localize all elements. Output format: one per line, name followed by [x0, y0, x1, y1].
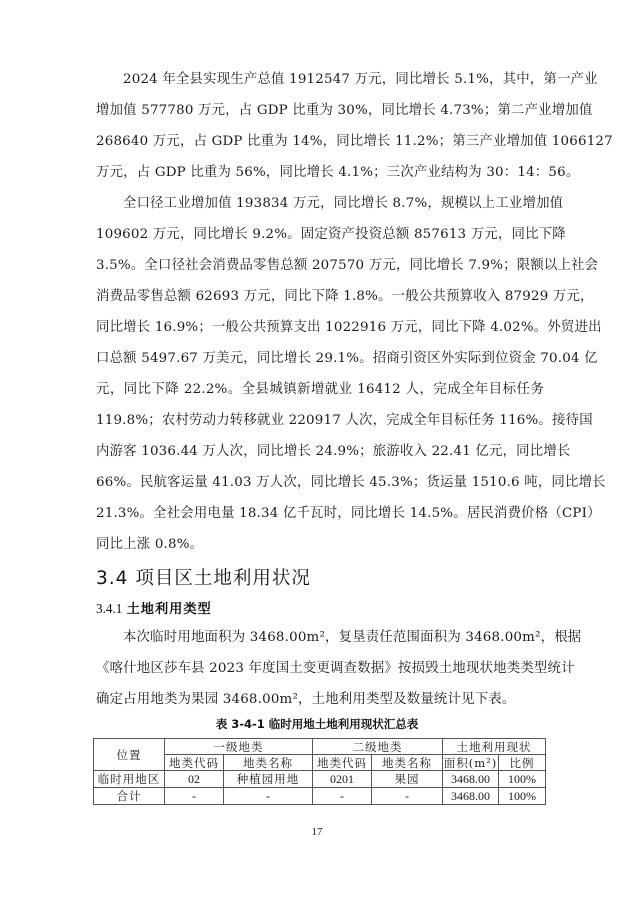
cell-area: 3468.00: [443, 771, 499, 788]
header-status: 土地利用现状: [443, 739, 546, 755]
page-number: 17: [0, 826, 634, 838]
subsection-number: 3.4.1: [96, 601, 122, 616]
header-level2: 二级地类: [313, 739, 443, 755]
section-title: 项目区土地利用状况: [135, 568, 311, 589]
cell-ratio: 100%: [499, 771, 546, 788]
header-area: 面积(m²): [443, 755, 499, 771]
text-line: 消费品零售总额 62693 万元，同比下降 1.8%。一般公共预算收入 8792…: [96, 281, 544, 312]
text-line: 66%。民航客运量 41.03 万人次，同比增长 45.3%；货运量 1510.…: [96, 467, 544, 498]
cell-level1-code: 02: [165, 771, 224, 788]
table-header-row: 位置 一级地类 二级地类 土地利用现状: [94, 739, 546, 755]
text-line: 21.3%。全社会用电量 18.34 亿千瓦时，同比增长 14.5%。居民消费价…: [96, 498, 544, 529]
text-line: 同比增长 16.9%；一般公共预算支出 1022916 万元，同比下降 4.02…: [96, 312, 544, 343]
text-line: 268640 万元，占 GDP 比重为 14%，同比增长 11.2%；第三产业增…: [96, 126, 544, 157]
header-level2-name: 地类名称: [372, 755, 443, 771]
text-line: 119.8%；农村劳动力转移就业 220917 人次，完成全年目标任务 116%…: [96, 405, 544, 436]
cell-level1-code: -: [165, 788, 224, 805]
cell-level1-name: -: [224, 788, 313, 805]
text-line: 增加值 577780 万元，占 GDP 比重为 30%，同比增长 4.73%；第…: [96, 95, 544, 126]
cell-location: 临时用地区: [94, 771, 165, 788]
table-caption: 表 3-4-1 临时用地土地利用现状汇总表: [0, 716, 634, 732]
paragraph-gdp: 2024 年全县实现生产总值 1912547 万元，同比增长 5.1%，其中，第…: [96, 64, 544, 188]
cell-level2-name: -: [372, 788, 443, 805]
header-level1-code: 地类代码: [165, 755, 224, 771]
section-number: 3.4: [96, 568, 128, 589]
paragraph-land-use: 本次临时用地面积为 3468.00m²，复垦责任范围面积为 3468.00m²，…: [96, 622, 544, 715]
header-level1: 一级地类: [165, 739, 313, 755]
land-use-summary-table: 位置 一级地类 二级地类 土地利用现状 地类代码 地类名称 地类代码 地类名称 …: [93, 738, 546, 805]
header-location: 位置: [94, 739, 165, 771]
text-line: 口总额 5497.67 万美元，同比增长 29.1%。招商引资区外实际到位资金 …: [96, 343, 544, 374]
text-line: 万元，占 GDP 比重为 56%，同比增长 4.1%；三次产业结构为 30：14…: [96, 157, 544, 188]
cell-level2-name: 果园: [372, 771, 443, 788]
text-line: 同比上涨 0.8%。: [96, 529, 544, 560]
cell-level2-code: -: [313, 788, 372, 805]
cell-ratio: 100%: [499, 788, 546, 805]
text-line: 内游客 1036.44 万人次，同比增长 24.9%；旅游收入 22.41 亿元…: [96, 436, 544, 467]
document-page: 2024 年全县实现生产总值 1912547 万元，同比增长 5.1%，其中，第…: [0, 0, 634, 897]
header-ratio: 比例: [499, 755, 546, 771]
text-line: 《喀什地区莎车县 2023 年度国土变更调查数据》按损毁土地现状地类类型统计: [96, 653, 544, 684]
text-line: 109602 万元，同比增长 9.2%。固定资产投资总额 857613 万元，同…: [96, 219, 544, 250]
text-line: 本次临时用地面积为 3468.00m²，复垦责任范围面积为 3468.00m²，…: [96, 622, 544, 653]
text-line: 确定占用地类为果园 3468.00m²，土地利用类型及数量统计见下表。: [96, 684, 544, 715]
subsection-title: 土地利用类型: [127, 602, 212, 617]
table-row-total: 合计 - - - - 3468.00 100%: [94, 788, 546, 805]
text-line: 2024 年全县实现生产总值 1912547 万元，同比增长 5.1%，其中，第…: [96, 64, 544, 95]
cell-level2-code: 0201: [313, 771, 372, 788]
paragraph-economy-indicators: 全口径工业增加值 193834 万元，同比增长 8.7%，规模以上工业增加值 1…: [96, 188, 544, 560]
text-line: 全口径工业增加值 193834 万元，同比增长 8.7%，规模以上工业增加值: [96, 188, 544, 219]
cell-level1-name: 种植园用地: [224, 771, 313, 788]
subsection-heading: 3.4.1 土地利用类型: [96, 598, 212, 617]
text-line: 元，同比下降 22.2%。全县城镇新增就业 16412 人，完成全年目标任务: [96, 374, 544, 405]
table-row: 临时用地区 02 种植园用地 0201 果园 3468.00 100%: [94, 771, 546, 788]
section-heading: 3.4 项目区土地利用状况: [96, 564, 311, 590]
cell-area: 3468.00: [443, 788, 499, 805]
text-line: 3.5%。全口径社会消费品零售总额 207570 万元，同比增长 7.9%；限额…: [96, 250, 544, 281]
cell-location: 合计: [94, 788, 165, 805]
header-level2-code: 地类代码: [313, 755, 372, 771]
header-level1-name: 地类名称: [224, 755, 313, 771]
